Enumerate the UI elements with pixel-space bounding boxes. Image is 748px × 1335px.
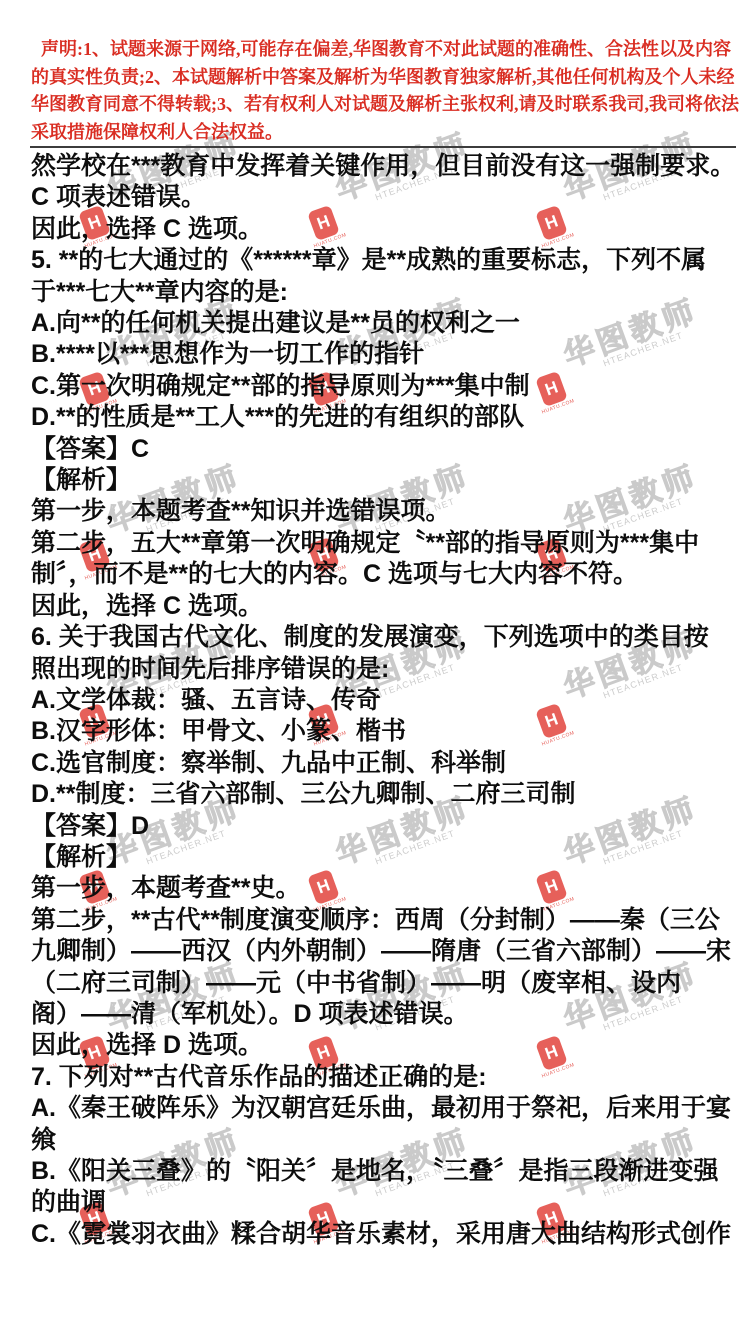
document-text-line: C.选官制度：察举制、九品中正制、科举制 xyxy=(31,748,748,779)
document-text-line: C.第一次明确规定**部的指导原则为***集中制 xyxy=(31,371,748,402)
disclaimer-line: 华图教育同意不得转载;3、若有权利人对试题及解析主张权利,请及时联系我司,我司将… xyxy=(31,91,726,119)
disclaimer-line: 采取措施保障权利人合法权益。 xyxy=(31,119,726,147)
document-text-line: 第二步，**古代**制度演变顺序：西周（分封制）——秦（三公 xyxy=(31,905,748,936)
document-text-line: A.文学体裁：骚、五言诗、传奇 xyxy=(31,685,748,716)
document-body: 然学校在***教育中发挥着关键作用，但目前没有这一强制要求。C 项表述错误。因此… xyxy=(31,151,748,1250)
document-text-line: D.**的性质是**工人***的先进的有组织的部队 xyxy=(31,402,748,433)
document-text-line: B.****以***思想作为一切工作的指针 xyxy=(31,339,748,370)
disclaimer-text: 1、试题来源于网络,可能存在偏差,华图教育不对此试题的准确性、合法性以及内容 xyxy=(83,39,731,59)
document-text-line: 照出现的时间先后排序错误的是: xyxy=(31,654,748,685)
document-text-line: 第二步，五大**章第一次明确规定〝**部的指导原则为***集中 xyxy=(31,528,748,559)
document-text-line: 【答案】C xyxy=(31,434,748,465)
document-text-line: 于***七大**章内容的是: xyxy=(31,277,748,308)
document-text-line: 制〞，而不是**的七大的内容。C 选项与七大内容不符。 xyxy=(31,559,748,590)
document-text-line: 第一步，本题考查**知识并选错误项。 xyxy=(31,496,748,527)
document-text-line: 阁）——清（军机处）。D 项表述错误。 xyxy=(31,999,748,1030)
header-divider xyxy=(30,146,736,148)
document-text-line: C.《霓裳羽衣曲》糅合胡华音乐素材，采用唐大曲结构形式创作 xyxy=(31,1219,748,1250)
disclaimer: 声明:1、试题来源于网络,可能存在偏差,华图教育不对此试题的准确性、合法性以及内… xyxy=(31,36,726,146)
disclaimer-label: 声明: xyxy=(41,39,83,59)
disclaimer-line: 声明:1、试题来源于网络,可能存在偏差,华图教育不对此试题的准确性、合法性以及内… xyxy=(31,36,726,64)
document-text-line: D.**制度：三省六部制、三公九卿制、二府三司制 xyxy=(31,779,748,810)
exam-answer-page: HHUATU.COM华图教师HTEACHER.NETHHUATU.COM华图教师… xyxy=(0,0,748,1335)
document-text-line: （二府三司制）——元（中书省制）——明（废宰相、设内 xyxy=(31,968,748,999)
document-text-line: 因此，选择 D 选项。 xyxy=(31,1030,748,1061)
document-text-line: 5. **的七大通过的《******章》是**成熟的重要标志，下列不属 xyxy=(31,245,748,276)
document-text-line: 飨 xyxy=(31,1125,748,1156)
document-text-line: 的曲调 xyxy=(31,1187,748,1218)
document-text-line: 7. 下列对**古代音乐作品的描述正确的是: xyxy=(31,1062,748,1093)
document-text-line: 【解析】 xyxy=(31,842,748,873)
document-text-line: 【答案】D xyxy=(31,811,748,842)
document-text-line: 因此，选择 C 选项。 xyxy=(31,214,748,245)
document-text-line: 九卿制）——西汉（内外朝制）——隋唐（三省六部制）——宋 xyxy=(31,936,748,967)
document-text-line: A.《秦王破阵乐》为汉朝宫廷乐曲，最初用于祭祀，后来用于宴 xyxy=(31,1093,748,1124)
document-text-line: 因此，选择 C 选项。 xyxy=(31,591,748,622)
document-text-line: 【解析】 xyxy=(31,465,748,496)
disclaimer-line: 的真实性负责;2、本试题解析中答案及解析为华图教育独家解析,其他任何机构及个人未… xyxy=(31,64,726,92)
document-text-line: A.向**的任何机关提出建议是**员的权利之一 xyxy=(31,308,748,339)
document-text-line: 6. 关于我国古代文化、制度的发展演变，下列选项中的类目按 xyxy=(31,622,748,653)
document-text-line: B.汉字形体：甲骨文、小篆、楷书 xyxy=(31,716,748,747)
document-text-line: 第一步，本题考查**史。 xyxy=(31,873,748,904)
document-text-line: C 项表述错误。 xyxy=(31,182,748,213)
document-text-line: B.《阳关三叠》的〝阳关〞是地名，〝三叠〞是指三段渐进变强 xyxy=(31,1156,748,1187)
document-text-line: 然学校在***教育中发挥着关键作用，但目前没有这一强制要求。 xyxy=(31,151,748,182)
